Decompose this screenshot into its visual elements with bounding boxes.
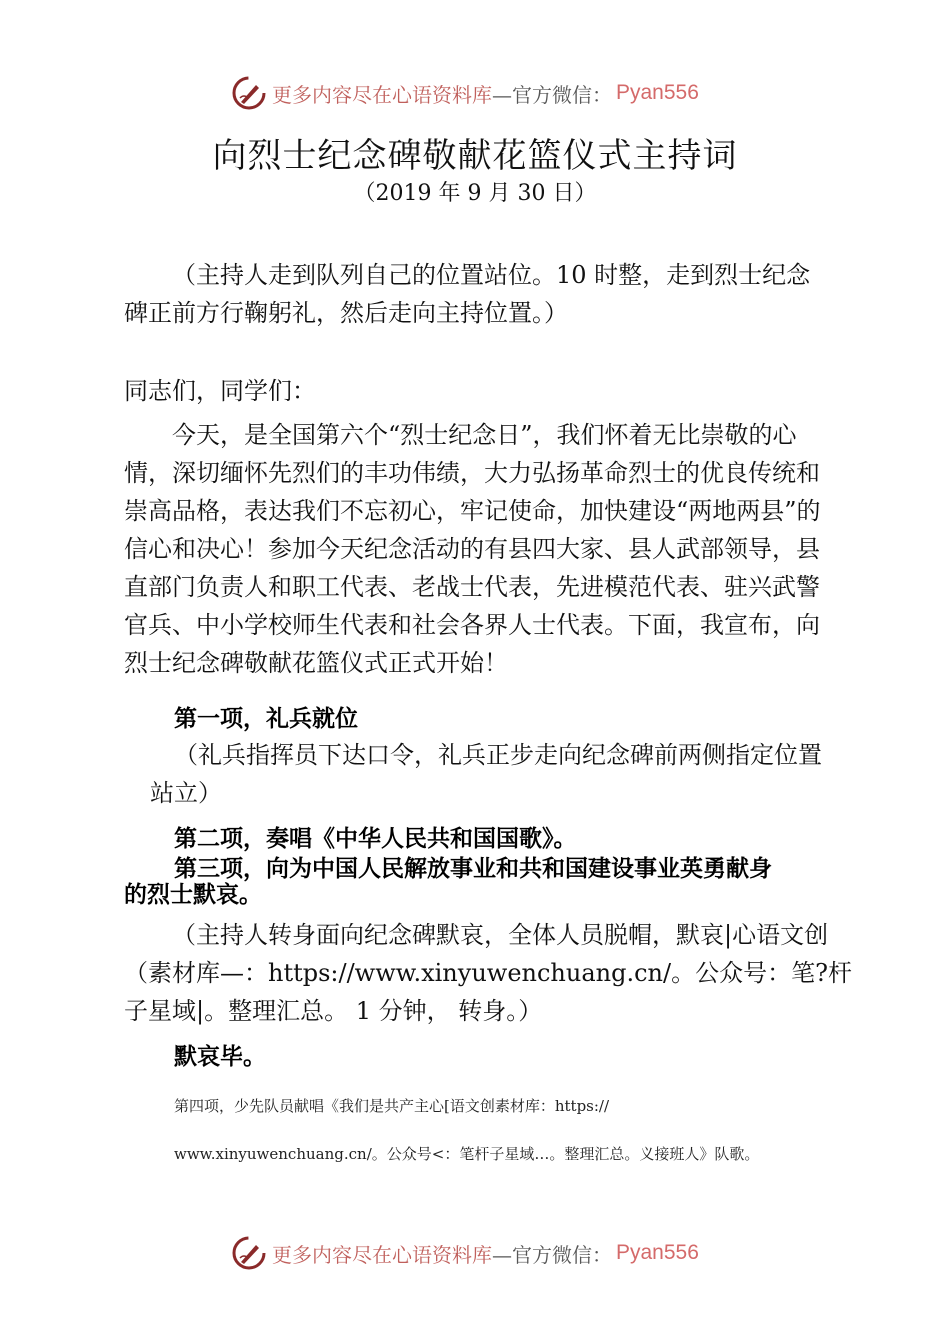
banner-wechat-id: Pyan556 [616, 81, 699, 105]
item-4-line2: www.xinyuwenchuang.cn/。公众号<：笔杆子星域…。整理汇总。… [174, 1144, 834, 1164]
header-banner: 更多内容尽在心语资料库 —官方微信： Pyan556 [232, 73, 699, 113]
quill-pen-logo-icon [232, 76, 266, 110]
item-1-heading: 第一项，礼兵就位 [174, 706, 894, 732]
item-2-heading: 第二项，奏唱《中华人民共和国国歌》。 [174, 826, 894, 852]
banner-wechat-label: —官方微信： [492, 1239, 612, 1268]
item-4-line1: 第四项，少先队员献唱《我们是共产主心[语文创素材库：https:// [174, 1096, 834, 1116]
banner-wechat-label: —官方微信： [492, 79, 612, 108]
banner-wechat-id: Pyan556 [616, 1241, 699, 1265]
quill-pen-logo-icon [232, 1236, 266, 1270]
silence-end: 默哀毕。 [174, 1044, 894, 1070]
stage-direction-opening: （主持人走到队列自己的位置站位。10 时整，走到烈士纪念碑正前方行鞠躬礼，然后走… [124, 256, 834, 332]
document-title: 向烈士纪念碑敬献花篮仪式主持词 [0, 128, 950, 177]
footer-banner: 更多内容尽在心语资料库 —官方微信： Pyan556 [232, 1233, 699, 1273]
banner-text: 更多内容尽在心语资料库 [272, 1239, 492, 1268]
item-3-direction: （主持人转身面向纪念碑默哀，全体人员脱帽，默哀|心语文创（素材库—：https:… [124, 916, 854, 1030]
item-1-direction: （礼兵指挥员下达口令，礼兵正步走向纪念碑前两侧指定位置站立） [150, 736, 840, 812]
item-1-direction-text: （礼兵指挥员下达口令，礼兵正步走向纪念碑前两侧指定位置站立） [150, 741, 822, 807]
greeting: 同志们，同学们： [124, 372, 834, 410]
opening-paragraph: 今天，是全国第六个“烈士纪念日”，我们怀着无比崇敬的心情，深切缅怀先烈们的丰功伟… [124, 416, 834, 682]
item-3-heading-line1: 第三项，向为中国人民解放事业和共和国建设事业英勇献身 [174, 856, 894, 882]
banner-text: 更多内容尽在心语资料库 [272, 79, 492, 108]
item-3-heading-line2: 的烈士默哀。 [124, 882, 844, 908]
document-date: （2019 年 9 月 30 日） [0, 176, 950, 207]
